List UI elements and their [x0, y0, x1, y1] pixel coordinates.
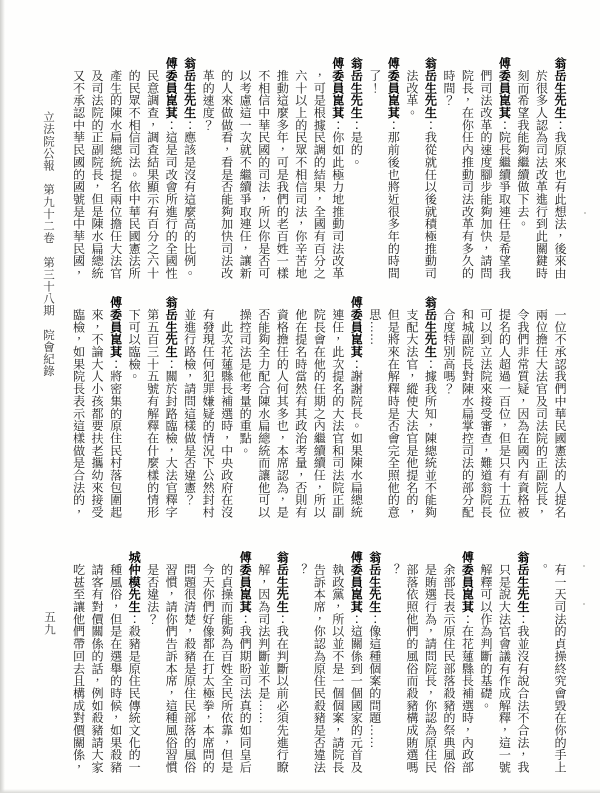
text-column: 院長，在你任內推動司法改革有多久的	[458, 57, 477, 280]
transcript-content: 翁岳生先生：我原來也有此想法，後來由 於很多人認為司法改革進行到此關鍵時 刻而希…	[68, 57, 569, 774]
text-column: 時間？	[439, 57, 458, 280]
speaker-name: 城仲模先生	[127, 551, 141, 613]
text-column: 有發現任何犯罪嫌疑的情況下公然封村	[199, 296, 218, 519]
gazette-title: 立法院公報 第九十二卷 第三十八期 院會紀錄	[40, 111, 56, 377]
text-column: 連任，此次提名的大法官和司法院正副	[328, 296, 347, 519]
text-column: 六十以上的民眾不相信司法，你辛苦地	[291, 57, 310, 280]
text-column: 傅委員崑萁：這關係到一個國家的元首及	[347, 551, 366, 774]
speaker-name: 傅委員崑萁	[386, 57, 400, 119]
text-band-2: 一位不承認我們中華民國憲法的人提名 兩位擔任大法官及司法院的正副院長， 令我們非…	[68, 296, 569, 519]
text-column: 是否違法？	[143, 551, 162, 774]
text-column: 第五百三十五號有解釋在什麼樣的情形	[143, 296, 162, 519]
scan-speck	[584, 212, 586, 214]
text-column: 來，不論大人小孩都要扶老攜幼來接受	[88, 296, 107, 519]
text-column: 們司法改革的速度腳步能夠加快，請問	[476, 57, 495, 280]
text-column: 是賄選行為，請問院長，你認為原住民	[421, 551, 440, 774]
text-column: 可以到立法院來接受審查，難道翁院長	[476, 296, 495, 519]
text-column: 下可以臨檢。	[125, 296, 144, 519]
text-column: 執政黨，所以並不是一個個案，請院長	[328, 551, 347, 774]
text-column: 的民眾不相信司法。依中華民國憲法所	[125, 57, 144, 280]
speaker-name: 翁岳生先生	[368, 551, 382, 613]
text-column: 法改革。	[402, 57, 421, 280]
text-column: 解，因為司法判斷並不是……	[254, 551, 273, 774]
text-column: 產生的陳水扁總統提名兩位擔任大法官	[106, 57, 125, 280]
text-column: 問題很清楚，殺豬是原住民部落的風俗	[180, 551, 199, 774]
text-column: 和城副院長對陳水扁掌控司法的部分配	[458, 296, 477, 519]
text-column: 傅委員崑萁：那前後也將近很多年的時間	[384, 57, 403, 280]
speaker-name: 傅委員崑萁	[349, 551, 363, 613]
text-column: 不相信中華民國的司法，所以你是否可	[254, 57, 273, 280]
scan-speck	[583, 603, 585, 605]
text-column: 的貞操而能夠為百姓全民所依靠，但是	[217, 551, 236, 774]
text-band-1: 翁岳生先生：我原來也有此想法，後來由 於很多人認為司法改革進行到此關鍵時 刻而希…	[68, 57, 569, 280]
speaker-name: 翁岳生先生	[553, 57, 567, 119]
text-column: 此次花蓮縣長補選時，中央政府在沒	[217, 296, 236, 519]
text-column: 傅委員崑萁：謝謝院長。如果陳水扁總統	[347, 296, 366, 519]
text-column: 傅委員崑萁：你如此極力地推動司法改革	[328, 57, 347, 280]
text-column: 翁岳生先生：應該是沒有這麼高的比例。	[180, 57, 199, 280]
speaker-name: 翁岳生先生	[275, 551, 289, 613]
text-column: 院長會在他的任期之內繼續續任，所以	[310, 296, 329, 519]
text-column: 種風俗，但是在選舉的時候，如果殺豬	[106, 551, 125, 774]
text-column: 的人來做做看，看是否能夠加快司法改	[217, 57, 236, 280]
text-column: 傅委員崑萁：我們期盼司法真的如同皇后	[236, 551, 255, 774]
text-column: 今天你們好像都在打太極拳，本席問的	[199, 551, 218, 774]
speaker-name: 翁岳生先生	[183, 57, 197, 119]
text-column: 傅委員崑萁：在花蓮縣長補選時，內政部	[458, 551, 477, 774]
text-column: 部落依照他們的風俗而殺豬構成賄選嗎	[402, 551, 421, 774]
speaker-name: 傅委員崑萁	[109, 296, 123, 358]
speaker-name: 翁岳生先生	[516, 551, 530, 613]
speaker-name: 傅委員崑萁	[460, 551, 474, 613]
text-column: 思……	[365, 296, 384, 519]
text-band-3: 有一天司法的貞操終究會毀在你的手上 。翁岳生先生：我並沒有說合法不合法，我 只是…	[68, 551, 569, 774]
text-column: 了！	[365, 57, 384, 280]
speaker-name: 傅委員崑萁	[349, 296, 363, 358]
speaker-name: 翁岳生先生	[164, 296, 178, 358]
text-column: 習慣，請你們告訴本席，這種風俗習慣	[162, 551, 181, 774]
text-column: 翁岳生先生：關於封路臨檢，大法官釋字	[162, 296, 181, 519]
text-column: 傅委員崑萁：將密集的原住民村落包圍起	[106, 296, 125, 519]
text-column: 只是說大法官會議有作成解釋，這一號	[495, 551, 514, 774]
text-column: 於很多人認為司法改革進行到此關鍵時	[532, 57, 551, 280]
text-column: 刻而希望我能夠繼續做下去。	[513, 57, 532, 280]
text-column: 臨檢，如果院長表示這樣做是合法的，	[69, 296, 88, 519]
text-column: 操控司法是他考量的重點。	[236, 296, 255, 519]
text-column: 翁岳生先生：是的。	[347, 57, 366, 280]
speaker-name: 傅委員崑萁	[331, 57, 345, 119]
speaker-name: 翁岳生先生	[349, 57, 363, 119]
text-column: 翁岳生先生：我原來也有此想法，後來由	[550, 57, 569, 280]
page-number: 五九	[41, 611, 57, 636]
gazette-page: 立法院公報 第九十二卷 第三十八期 院會紀錄 五九 翁岳生先生：我原來也有此想法…	[0, 0, 600, 793]
text-column: 以考慮這一次就不繼續爭取連任，讓新	[236, 57, 255, 280]
text-column: 合度特別高嗎？	[439, 296, 458, 519]
text-column: ？	[291, 551, 310, 774]
text-column: 但是將來在解釋時是否會完全照他的意	[384, 296, 403, 519]
text-column: 翁岳生先生：我從就任以後就積極推動司	[421, 57, 440, 280]
speaker-name: 翁岳生先生	[423, 296, 437, 358]
text-column: 告訴本席，你認為原住民殺豬是否違法	[310, 551, 329, 774]
text-column: 民意調查，調查結果顯示有百分之六十	[143, 57, 162, 280]
text-column: 又不承認中華民國的國號是中華民國，	[69, 57, 88, 280]
scan-speck	[583, 565, 585, 567]
text-column: 否能夠全力配合陳水扁總統而讓他可以	[254, 296, 273, 519]
text-column: 資格擔任的人何其多也，本席認為，是	[273, 296, 292, 519]
text-column: 請客有對價關係的話，例如殺豬請大家	[88, 551, 107, 774]
text-column: 吃甚至讓他們帶回去且構成對價關係，	[69, 551, 88, 774]
speaker-name: 翁岳生先生	[423, 57, 437, 119]
text-column: 及司法院的正副院長，但是陳水扁總統	[88, 57, 107, 280]
text-column: 解釋可以作為判斷的基礎。	[476, 551, 495, 774]
text-column: 支配大法官，縱使大法官是他提名的，	[402, 296, 421, 519]
speaker-name: 傅委員崑萁	[164, 57, 178, 119]
text-column: 余部長表示原住民部落殺豬的祭典風俗	[439, 551, 458, 774]
text-column: 革的速度？	[199, 57, 218, 280]
text-column: 並進行路檢，請問這樣做是否違憲？	[180, 296, 199, 519]
text-column: 翁岳生先生：我在判斷以前必須先進行瞭	[273, 551, 292, 774]
scan-edge-bottom	[0, 789, 600, 793]
text-column: 翁岳生先生：據我所知，陳總統並不能夠	[421, 296, 440, 519]
text-column: 兩位擔任大法官及司法院的正副院長，	[532, 296, 551, 519]
text-column: 傅委員崑萁：這是司改會所進行的全國性	[162, 57, 181, 280]
text-column: 他在提名時當然有其政治考量，否則有	[291, 296, 310, 519]
text-column: 翁岳生先生：我並沒有說合法不合法，我	[513, 551, 532, 774]
text-column: 令我們非常質疑，因為在國內有資格被	[513, 296, 532, 519]
scan-edge-left	[0, 0, 5, 793]
text-column: 城仲模先生：殺豬是原住民傳統文化的一	[125, 551, 144, 774]
text-column: ？	[384, 551, 403, 774]
text-column: 推動這麼多年，可是我們的老百姓一樣	[273, 57, 292, 280]
text-column: 翁岳生先生：像這種個案的問題……	[365, 551, 384, 774]
text-column: 。	[532, 551, 551, 774]
speaker-name: 傅委員崑萁	[238, 551, 252, 613]
text-column: 傅委員崑萁：院長繼續爭取連任是希望我	[495, 57, 514, 280]
text-column: 一位不承認我們中華民國憲法的人提名	[550, 296, 569, 519]
text-column: 提名的人超過一百位，但是只有十五位	[495, 296, 514, 519]
text-column: 有一天司法的貞操終究會毀在你的手上	[550, 551, 569, 774]
speaker-name: 傅委員崑萁	[497, 57, 511, 119]
text-column: ，可是根據民調的結果，全國有百分之	[310, 57, 329, 280]
